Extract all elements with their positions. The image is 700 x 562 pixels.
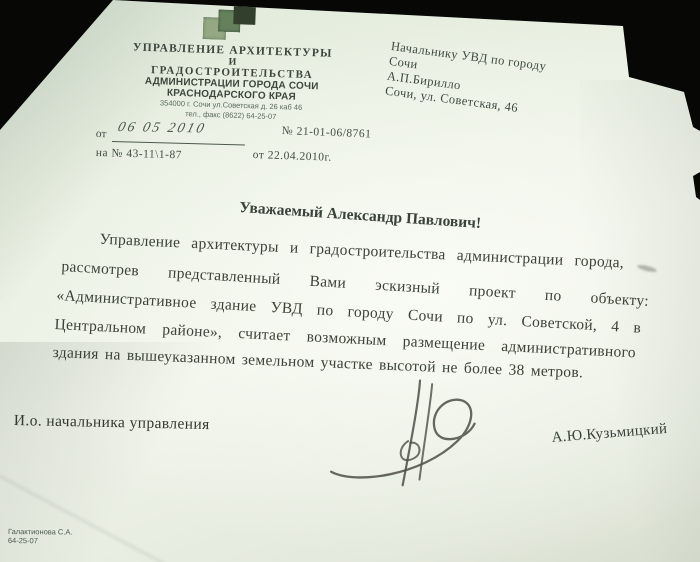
coat-of-arms-squares-icon <box>202 2 259 44</box>
executor-block: Галактионова С.А. 64-25-07 <box>8 527 73 546</box>
ref-date-underline <box>112 141 245 145</box>
signature-scribble <box>322 376 498 492</box>
logo-square-dark <box>233 3 256 25</box>
signer-name: А.Ю.Кузьмицкий <box>551 421 668 447</box>
ref-ot-label: от <box>96 128 107 140</box>
salutation: Уважаемый Александр Павлович! <box>239 199 482 233</box>
incoming-number: на № 43-11\1-87 <box>96 147 182 161</box>
outgoing-number: № 21-01-06/8761 <box>282 125 372 140</box>
incoming-date: от 22.04.2010г. <box>253 149 332 164</box>
handwritten-date: 06 05 2010 <box>116 120 208 137</box>
recipient-block: Начальнику УВД по городу Сочи А.П.Бирилл… <box>384 39 620 129</box>
signer-position: И.о. начальника управления <box>14 412 210 434</box>
letter-sheet: УПРАВЛЕНИЕ АРХИТЕКТУРЫ И ГРАДОСТРОИТЕЛЬС… <box>0 0 700 562</box>
executor-phone: 64-25-07 <box>8 536 73 546</box>
letterhead-org-block: УПРАВЛЕНИЕ АРХИТЕКТУРЫ И ГРАДОСТРОИТЕЛЬС… <box>114 42 350 124</box>
document-photo: УПРАВЛЕНИЕ АРХИТЕКТУРЫ И ГРАДОСТРОИТЕЛЬС… <box>0 0 700 562</box>
letter-content: УПРАВЛЕНИЕ АРХИТЕКТУРЫ И ГРАДОСТРОИТЕЛЬС… <box>0 0 700 562</box>
